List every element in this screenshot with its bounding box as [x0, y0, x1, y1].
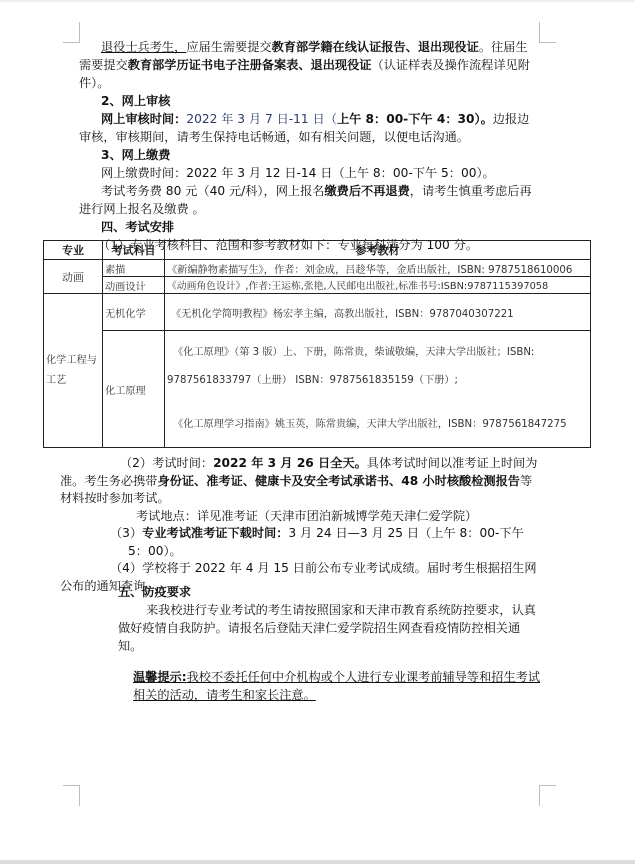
exam-date: 2022 年 3 月 26 日全天。	[213, 456, 367, 470]
page-bottom-edge	[0, 860, 635, 864]
heading-online-payment: 3、网上缴费	[79, 146, 539, 164]
cell-major: 动画	[44, 260, 103, 294]
time: 上午 8：00-下午 4：30）。	[337, 112, 493, 126]
document-body-bottom: 五、防疫要求 来我校进行专业考试的考生请按照国家和天津市教育系统防控要求，认真做…	[100, 583, 540, 655]
warm-reminder: 温馨提示:我校不委托任何中介机构或个人进行专业课考前辅导等和招生考试相关的活动，…	[133, 668, 543, 704]
cell-subject: 无机化学	[103, 294, 165, 331]
header-books: 参考教材	[165, 241, 591, 260]
margin-corner-top-right	[539, 22, 556, 43]
label: 网上审核时间：	[101, 112, 186, 126]
text: 应届生需要提交	[186, 40, 271, 54]
cell-major: 化学工程与工艺	[44, 294, 103, 448]
header-subject: 考试科目	[103, 241, 165, 260]
book-line: 《化工原理》（第 3 版）上、下册，陈常贵，柴诚敬编，天津大学出版社；ISBN:	[167, 344, 588, 362]
paragraph-payment-time: 网上缴费时间：2022 年 3 月 12 日-14 日（上午 8：00-下午 5…	[79, 164, 539, 182]
cell-subject: 动画设计	[103, 277, 165, 294]
heading-exam-arrangement: 四、考试安排	[79, 218, 539, 236]
cell-book-multi: 《化工原理》（第 3 版）上、下册，陈常贵，柴诚敬编，天津大学出版社；ISBN:…	[165, 331, 591, 448]
cell-book: 《无机化学简明教程》杨宏孝主编，高教出版社，ISBN：9787040307221	[165, 294, 591, 331]
cell-book: 《新编静物素描写生》，作者：刘金成，吕趁华等，金盾出版社，ISBN: 97875…	[165, 260, 591, 277]
label: 专业考试准考证下载时间：	[142, 526, 288, 540]
paragraph-documents: 退役士兵考生，应届生需要提交教育部学籍在线认证报告、退出现役证。往届生需要提交教…	[79, 38, 539, 92]
heading-epidemic: 五、防疫要求	[100, 583, 540, 601]
table-header-row: 专业 考试科目 参考教材	[44, 241, 591, 260]
cell-subject: 化工原理	[103, 331, 165, 448]
margin-corner-bottom-left	[63, 785, 80, 806]
bold-requirement-1: 教育部学籍在线认证报告、退出现役证	[272, 40, 479, 54]
page-top-edge	[0, 0, 635, 2]
header-major: 专业	[44, 241, 103, 260]
table-row: 化学工程与工艺 无机化学 《无机化学简明教程》杨宏孝主编，高教出版社，ISBN：…	[44, 294, 591, 331]
heading-online-review: 2、网上审核	[79, 92, 539, 110]
paragraph-fee: 考试考务费 80 元（40 元/科），网上报名缴费后不再退费，请考生慎重考虑后再…	[79, 182, 539, 218]
exam-subjects-table: 专业 考试科目 参考教材 动画 素描 《新编静物素描写生》，作者：刘金成，吕趁华…	[43, 240, 591, 448]
bold-requirement-2: 教育部学历证书电子注册备案表、退出现役证	[128, 58, 372, 72]
book-line: 《化工原理学习指南》姚玉英，陈常贵编，天津大学出版社，ISBN：97875618…	[167, 416, 588, 434]
margin-corner-top-left	[63, 22, 80, 43]
exam-location: 考试地点：详见准考证（天津市团泊新城博学苑天津仁爱学院）	[60, 508, 544, 526]
document-body-top: 退役士兵考生，应届生需要提交教育部学籍在线认证报告、退出现役证。往届生需要提交教…	[79, 38, 539, 254]
document-body-mid: （2）考试时间：2022 年 3 月 26 日全天。具体考试时间以准考证上时间为…	[60, 455, 544, 595]
no-refund: 缴费后不再退费	[324, 184, 409, 198]
required-documents: 身份证、准考证、健康卡及安全考试承诺书、48 小时核酸检测报告	[158, 474, 520, 488]
text: 考试考务费 80 元（40 元/科），网上报名	[101, 184, 324, 198]
text: （2）考试时间：	[120, 456, 213, 470]
table-row: 化工原理 《化工原理》（第 3 版）上、下册，陈常贵，柴诚敬编，天津大学出版社；…	[44, 331, 591, 448]
veterans-note: 退役士兵考生，	[101, 40, 186, 54]
text: （3）	[110, 526, 142, 540]
date: 2022 年 3 月 7 日-11 日（	[186, 112, 337, 126]
margin-corner-bottom-right	[539, 785, 556, 806]
paragraph-review-time: 网上审核时间：2022 年 3 月 7 日-11 日（上午 8：00-下午 4：…	[79, 110, 539, 146]
item-3-admission-ticket: （3）专业考试准考证下载时间：3 月 24 日—3 月 25 日（上午 8：00…	[60, 525, 544, 560]
paragraph-epidemic: 来我校进行专业考试的考生请按照国家和天津市教育系统防控要求，认真做好疫情自我防护…	[100, 601, 540, 655]
item-2-exam-time: （2）考试时间：2022 年 3 月 26 日全天。具体考试时间以准考证上时间为…	[60, 455, 544, 508]
cell-book: 《动画角色设计》,作者:王运栋,张艳,人民邮电出版社,标准书号:ISBN:978…	[165, 277, 591, 294]
reminder-label: 温馨提示:	[133, 670, 187, 684]
reminder-text: 我校不委托任何中介机构或个人进行专业课考前辅导等和招生考试相关的活动，请考生和家…	[133, 670, 540, 702]
cell-subject: 素描	[103, 260, 165, 277]
table-row: 动画 素描 《新编静物素描写生》，作者：刘金成，吕趁华等，金盾出版社，ISBN:…	[44, 260, 591, 277]
book-line: 9787561833797（上册） ISBN：9787561835159（下册）…	[167, 372, 588, 390]
table-row: 动画设计 《动画角色设计》,作者:王运栋,张艳,人民邮电出版社,标准书号:ISB…	[44, 277, 591, 294]
